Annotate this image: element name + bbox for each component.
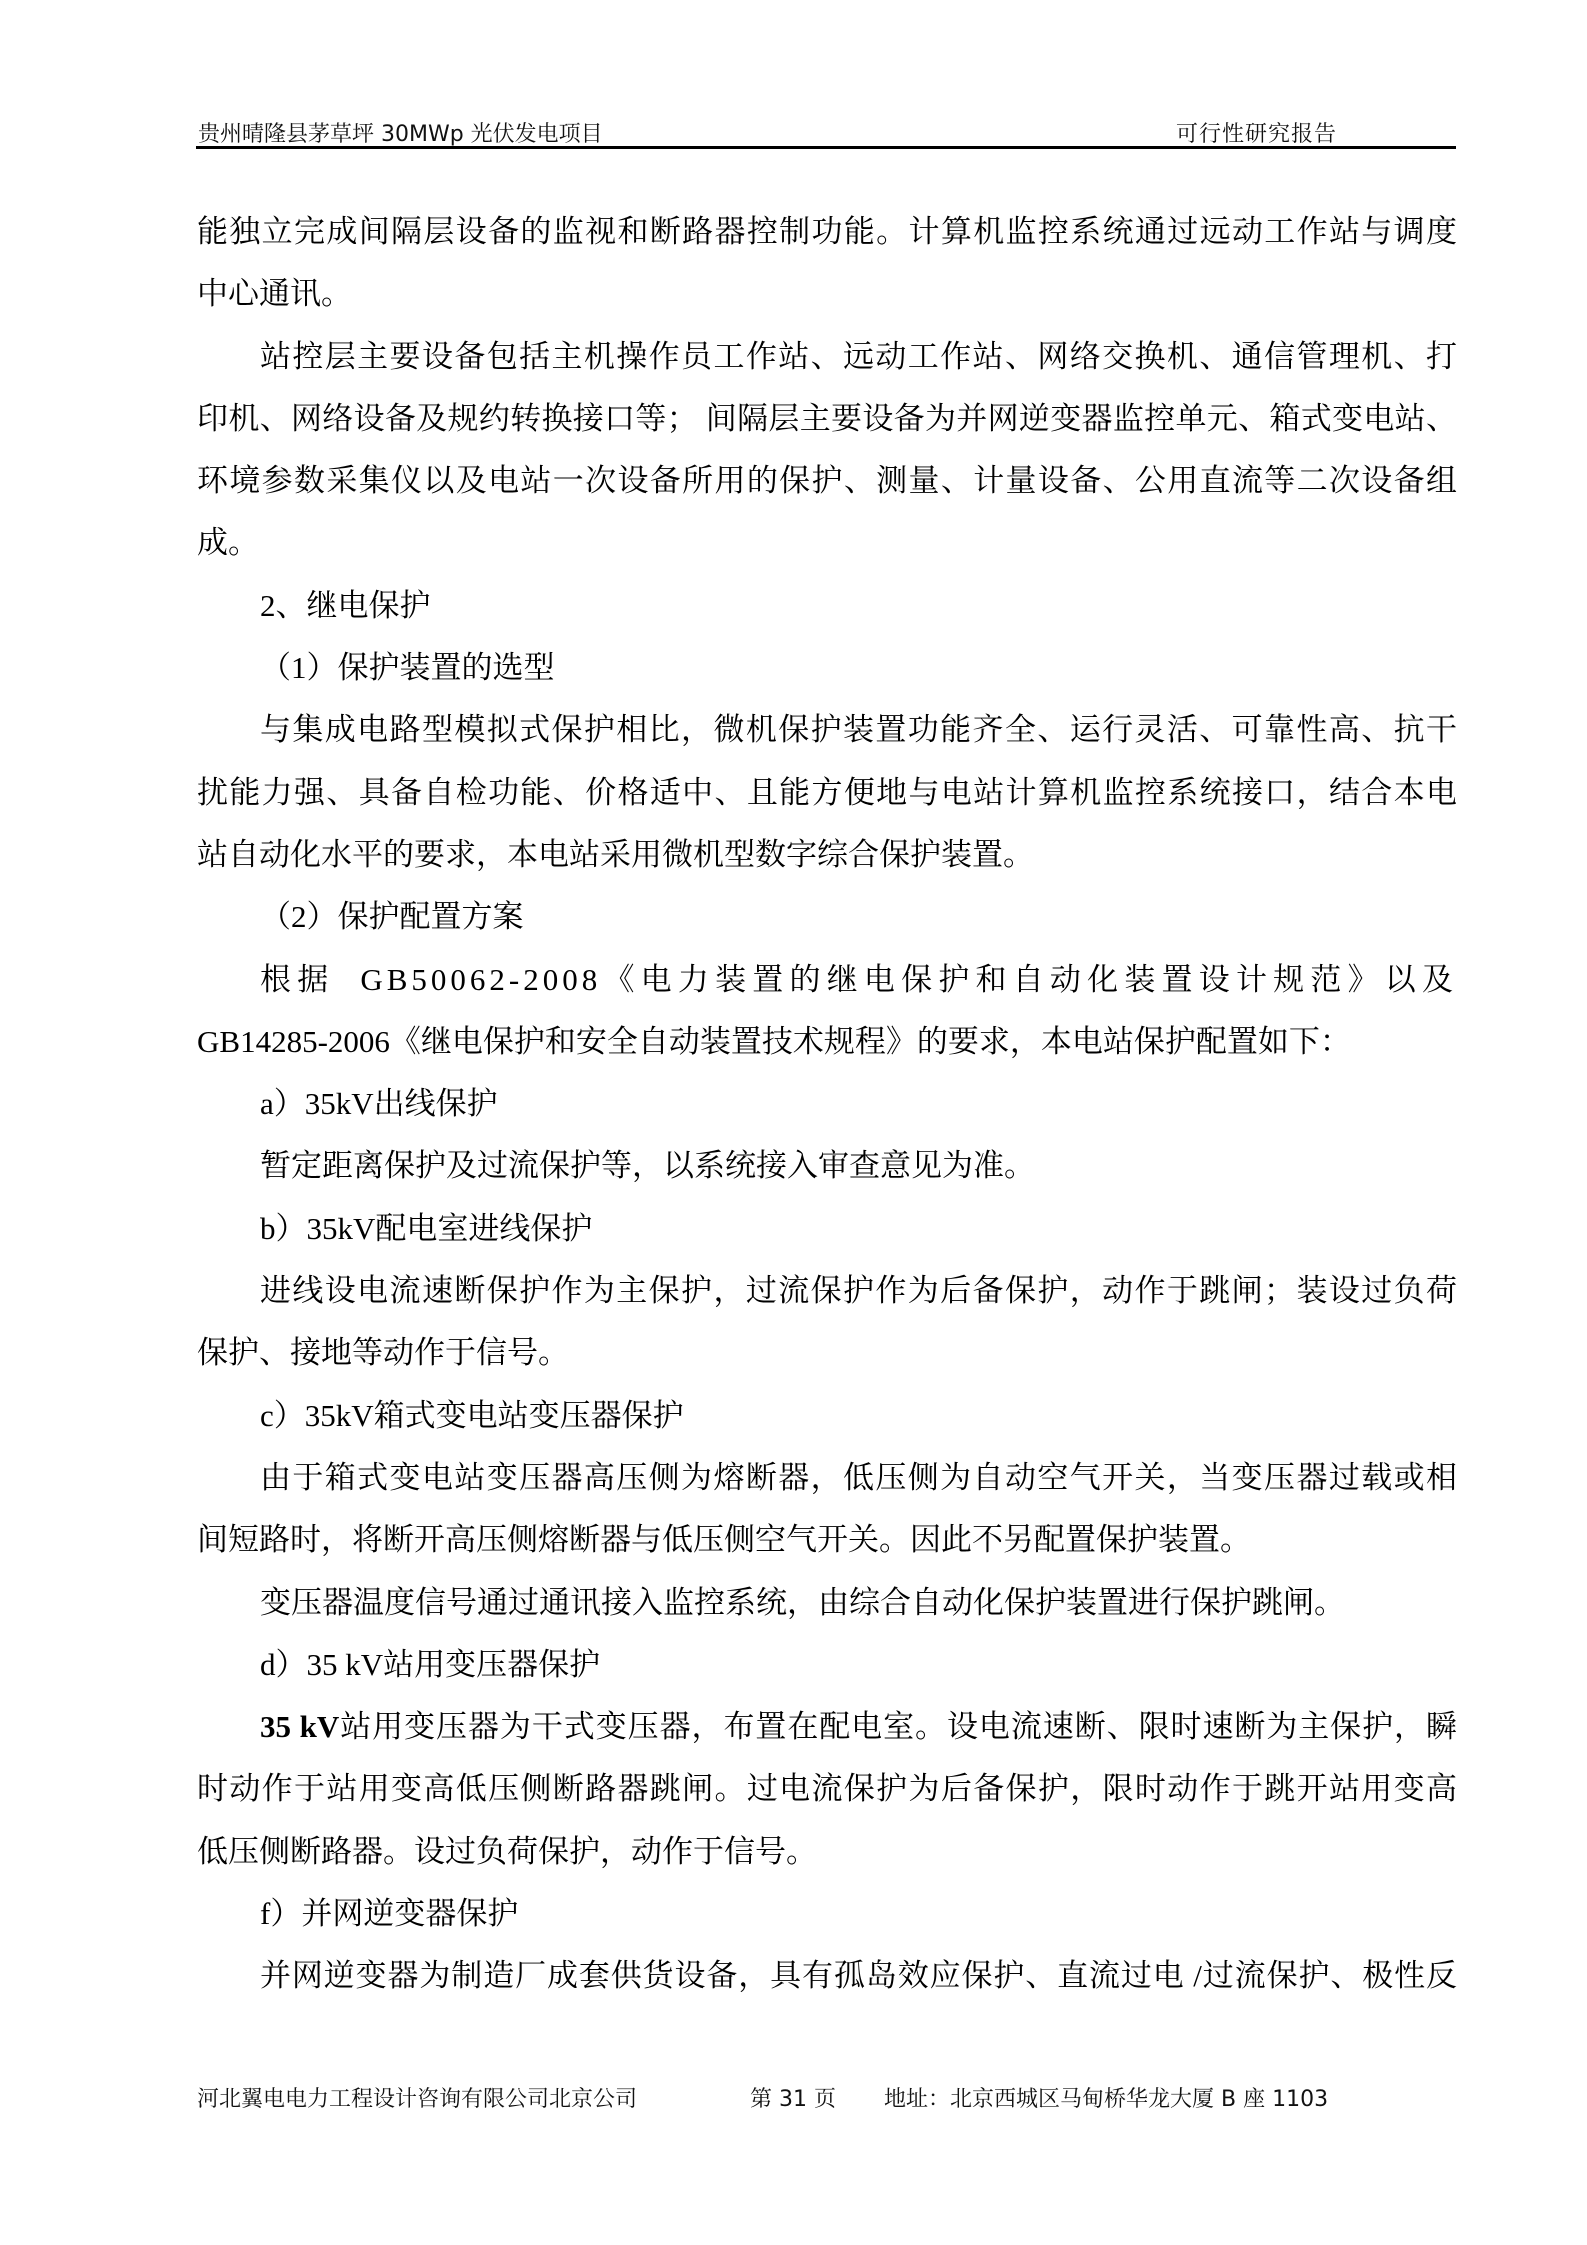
header-rule bbox=[196, 146, 1456, 149]
voltage-label: 35 kV bbox=[260, 1709, 339, 1744]
body-text: 能独立完成间隔层设备的监视和断路器控制功能。计算机监控系统通过远动工作站与调度 … bbox=[197, 201, 1457, 2008]
header-project-title: 贵州晴隆县茅草坪 30MWp 光伏发电项目 bbox=[198, 117, 603, 148]
header-report-type: 可行性研究报告 bbox=[1176, 117, 1337, 148]
footer-address: 地址：北京西城区马甸桥华龙大厦 B 座 1103 bbox=[884, 2082, 1328, 2112]
text-line: 站控层主要设备包括主机操作员工作站、远动工作站、网络交换机、通信管理机、打 bbox=[197, 326, 1457, 388]
text-line: 能独立完成间隔层设备的监视和断路器控制功能。计算机监控系统通过远动工作站与调度 bbox=[197, 201, 1457, 263]
text-line: 低压侧断路器。设过负荷保护，动作于信号。 bbox=[197, 1821, 1457, 1883]
document-page: 贵州晴隆县茅草坪 30MWp 光伏发电项目 可行性研究报告 能独立完成间隔层设备… bbox=[0, 0, 1587, 2245]
text-line: 时动作于站用变高低压侧断路器跳闸。过电流保护为后备保护，限时动作于跳开站用变高 bbox=[197, 1758, 1457, 1820]
text-line: 间短路时，将断开高压侧熔断器与低压侧空气开关。因此不另配置保护装置。 bbox=[197, 1509, 1457, 1571]
text-line: 印机、网络设备及规约转换接口等； 间隔层主要设备为并网逆变器监控单元、箱式变电站… bbox=[197, 388, 1457, 450]
text-line: 变压器温度信号通过通讯接入监控系统，由综合自动化保护装置进行保护跳闸。 bbox=[197, 1572, 1457, 1634]
text-line: 扰能力强、具备自检功能、价格适中、且能方便地与电站计算机监控系统接口，结合本电 bbox=[197, 762, 1457, 824]
subsection-heading: （1）保护装置的选型 bbox=[197, 637, 1457, 699]
text-line: 中心通讯。 bbox=[197, 263, 1457, 325]
text-line: 与集成电路型模拟式保护相比，微机保护装置功能齐全、运行灵活、可靠性高、抗干 bbox=[197, 699, 1457, 761]
text-line: 35 kV站用变压器为干式变压器，布置在配电室。设电流速断、限时速断为主保护，瞬 bbox=[197, 1696, 1457, 1758]
text-line: 并网逆变器为制造厂成套供货设备，具有孤岛效应保护、直流过电 /过流保护、极性反 bbox=[197, 1945, 1457, 2007]
item-heading: f）并网逆变器保护 bbox=[197, 1883, 1457, 1945]
page-header: 贵州晴隆县茅草坪 30MWp 光伏发电项目 可行性研究报告 bbox=[196, 113, 1456, 145]
text-line: 成。 bbox=[197, 512, 1457, 574]
section-heading: 2、继电保护 bbox=[197, 575, 1457, 637]
text-line: 环境参数采集仪以及电站一次设备所用的保护、测量、计量设备、公用直流等二次设备组 bbox=[197, 450, 1457, 512]
text-line: 保护、接地等动作于信号。 bbox=[197, 1322, 1457, 1384]
item-heading: c）35kV箱式变电站变压器保护 bbox=[197, 1385, 1457, 1447]
text-line: GB14285-2006《继电保护和安全自动装置技术规程》的要求，本电站保护配置… bbox=[197, 1011, 1457, 1073]
text-line: 站自动化水平的要求，本电站采用微机型数字综合保护装置。 bbox=[197, 824, 1457, 886]
item-heading: d）35 kV站用变压器保护 bbox=[197, 1634, 1457, 1696]
subsection-heading: （2）保护配置方案 bbox=[197, 886, 1457, 948]
text-line: 根据 GB50062-2008《电力装置的继电保护和自动化装置设计规范》以及 bbox=[197, 949, 1457, 1011]
footer-company: 河北翼电电力工程设计咨询有限公司北京公司 bbox=[197, 2082, 637, 2112]
text-line: 进线设电流速断保护作为主保护，过流保护作为后备保护，动作于跳闸；装设过负荷 bbox=[197, 1260, 1457, 1322]
text-line: 暂定距离保护及过流保护等，以系统接入审查意见为准。 bbox=[197, 1135, 1457, 1197]
text-line-rest: 站用变压器为干式变压器，布置在配电室。设电流速断、限时速断为主保护，瞬 bbox=[339, 1709, 1457, 1744]
text-line: 由于箱式变电站变压器高压侧为熔断器，低压侧为自动空气开关，当变压器过载或相 bbox=[197, 1447, 1457, 1509]
item-heading: b）35kV配电室进线保护 bbox=[197, 1198, 1457, 1260]
footer-page-number: 第 31 页 bbox=[750, 2082, 836, 2112]
item-heading: a）35kV出线保护 bbox=[197, 1073, 1457, 1135]
